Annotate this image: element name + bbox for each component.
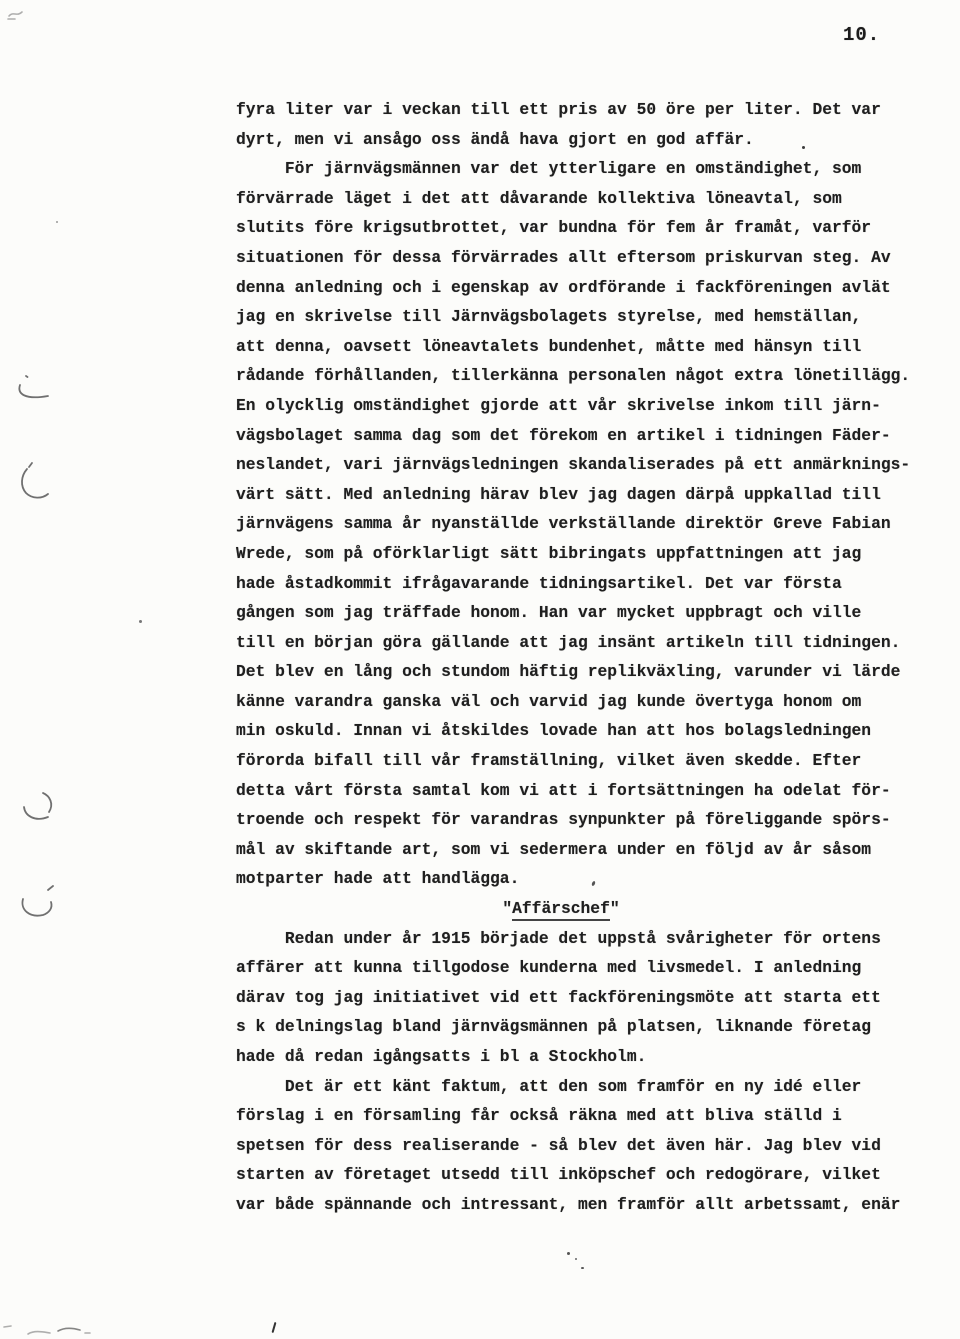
ink-speck (567, 1252, 570, 1255)
ink-speck (139, 620, 142, 623)
scan-edge-marks (2, 1320, 102, 1339)
text-line: Det blev en lång och stundom häftig repl… (236, 657, 936, 687)
text-line: denna anledning och i egenskap av ordför… (236, 273, 936, 303)
text-line: Redan under år 1915 började det uppstå s… (236, 924, 936, 954)
text-line: till en början göra gällande att jag ins… (236, 628, 936, 658)
scan-scribble-mark (6, 8, 30, 22)
text-line: min oskuld. Innan vi åtskildes lovade ha… (236, 716, 936, 746)
ink-speck (802, 146, 805, 149)
text-line: spetsen för dess realiserande - så blev … (236, 1131, 936, 1161)
pencil-margin-paren-mark (12, 460, 52, 504)
text-line: slutits före krigsutbrottet, var bundna … (236, 213, 936, 243)
document-text: fyra liter var i veckan till ett pris av… (236, 95, 936, 1220)
text-line: förorda bifall till vår framställning, v… (236, 746, 936, 776)
text-line: rådande förhållanden, tillerkänna person… (236, 361, 936, 391)
text-line: att denna, oavsett löneavtalets bundenhe… (236, 332, 936, 362)
pencil-margin-circle-mark (18, 788, 58, 828)
text-line: detta vårt första samtal kom vi att i fo… (236, 776, 936, 806)
text-line: Wrede, som på oförklarligt sätt bibringa… (236, 539, 936, 569)
text-line: järnvägens samma år nyanställde verkstäl… (236, 509, 936, 539)
text-line: En olycklig omständighet gjorde att vår … (236, 391, 936, 421)
text-line: Det är ett känt faktum, att den som fram… (236, 1072, 936, 1102)
text-line: motparter hade att handlägga. (236, 864, 936, 894)
text-line: För järnvägsmännen var det ytterligare e… (236, 154, 936, 184)
text-line: s k delningslag bland järnvägsmännen på … (236, 1012, 936, 1042)
text-line: neslandet, vari järnvägsledningen skanda… (236, 450, 936, 480)
text-line: mål av skiftande art, som vi sedermera u… (236, 835, 936, 865)
text-line: värt sätt. Med anledning härav blev jag … (236, 480, 936, 510)
text-line: troende och respekt för varandras synpun… (236, 805, 936, 835)
text-line: jag en skrivelse till Järnvägsbolagets s… (236, 302, 936, 332)
text-line: var både spännande och intressant, men f… (236, 1190, 936, 1220)
pencil-margin-circle-mark (16, 882, 60, 924)
text-line: starten av företaget utsedd till inköpsc… (236, 1160, 936, 1190)
text-line: affärer att kunna tillgodose kunderna me… (236, 953, 936, 983)
text-line: gången som jag träffade honom. Han var m… (236, 598, 936, 628)
text-line: fyra liter var i veckan till ett pris av… (236, 95, 936, 125)
ink-speck (56, 221, 58, 223)
text-line: vägsbolaget samma dag som det förekom en… (236, 421, 936, 451)
text-line: situationen för dessa förvärrades allt e… (236, 243, 936, 273)
document-page: 10. fyra liter var i veckan till ett pri… (0, 0, 960, 1339)
heading-open-quote: " (502, 899, 512, 918)
ink-speck (575, 1258, 577, 1260)
page-number: 10. (843, 24, 880, 46)
pencil-margin-hook-mark (12, 368, 56, 406)
text-line: hade åstadkommit ifrågavarande tidningsa… (236, 569, 936, 599)
section-heading: "Affärschef" (236, 894, 886, 924)
text-line: dyrt, men vi ansågo oss ändå hava gjort … (236, 125, 936, 155)
heading-text: Affärschef (512, 899, 610, 921)
text-line: förslag i en församling får också räkna … (236, 1101, 936, 1131)
heading-close-quote: " (610, 899, 620, 918)
text-line: hade då redan igångsatts i bl a Stockhol… (236, 1042, 936, 1072)
ink-tick-mark (272, 1322, 277, 1333)
text-line: förvärrade läget i det att dåvarande kol… (236, 184, 936, 214)
text-line: känne varandra ganska väl och varvid jag… (236, 687, 936, 717)
ink-speck (581, 1267, 584, 1269)
text-line: därav tog jag initiativet vid ett fackfö… (236, 983, 936, 1013)
